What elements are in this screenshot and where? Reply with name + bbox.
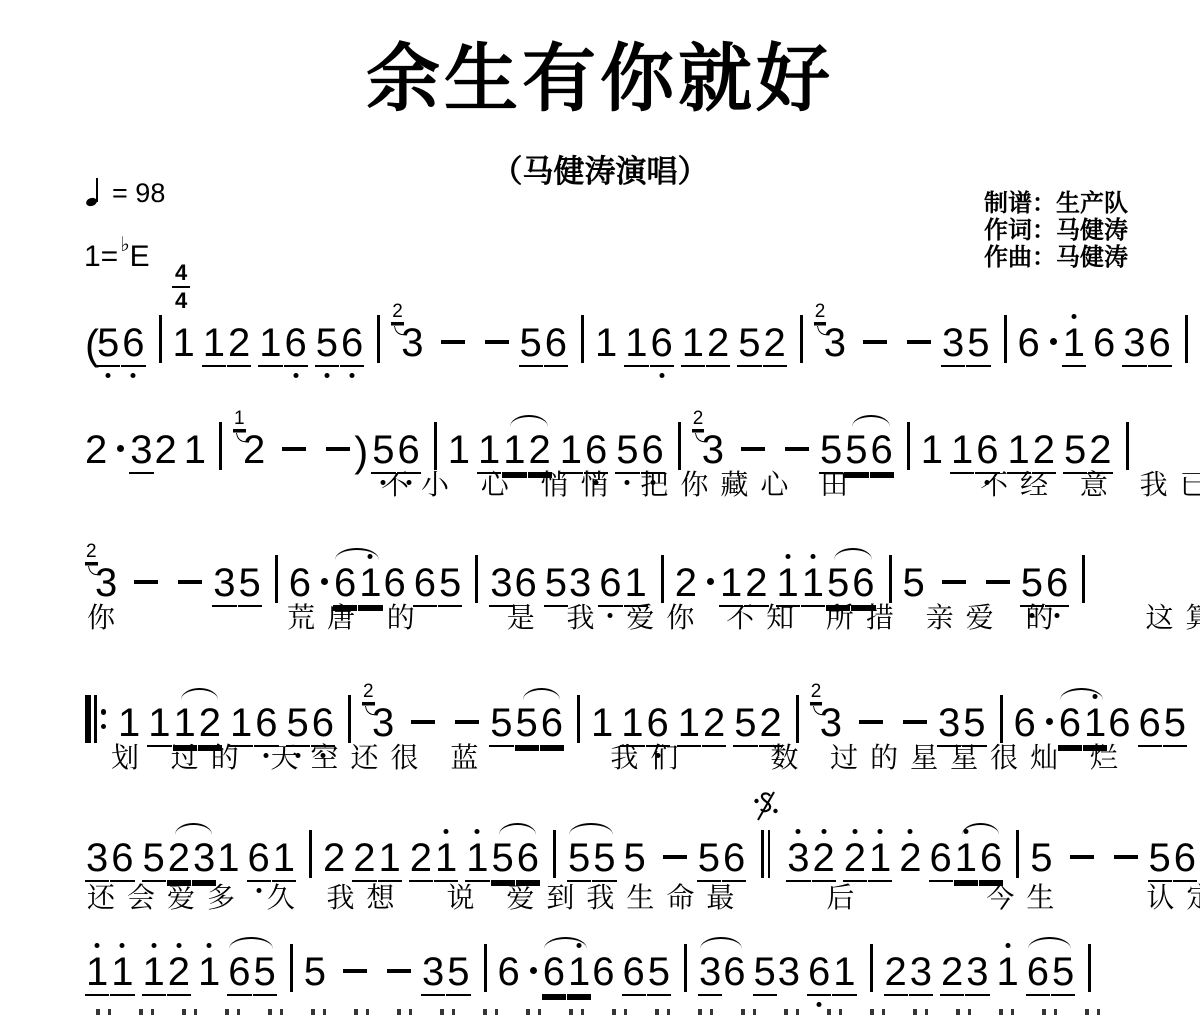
note-digit: 5 <box>819 430 843 474</box>
note-digit: 3 <box>85 838 109 882</box>
lyrics-row: 你 荒唐 的 是 我 爱你 不知 所措 亲爱 的 这算不算爱 情 我们 <box>85 604 1170 632</box>
note-digit: 1 <box>950 430 974 474</box>
note-digit: 3 <box>489 563 513 607</box>
credit-line-composer: 作曲：马健涛 <box>984 244 1128 271</box>
note-digit: 3 <box>937 703 961 747</box>
duration-dash <box>907 340 931 344</box>
double-bar-line <box>768 830 771 878</box>
grace-note-digit: 1 <box>233 409 246 430</box>
barline <box>219 422 222 470</box>
note-digit: 5 <box>592 838 616 882</box>
slur-arc-group: 61 <box>1058 703 1108 747</box>
note-digit: 5 <box>438 563 462 607</box>
slur-arc-group: 36 <box>698 952 746 996</box>
duration-dash <box>326 447 350 451</box>
augmentation-dot <box>530 967 537 974</box>
note-digit: 1 <box>173 323 195 363</box>
duration-dash <box>863 340 887 344</box>
barline <box>1185 315 1188 363</box>
segno-icon <box>753 790 779 827</box>
note-digit: 1 <box>147 703 171 747</box>
note-digit: 1 <box>118 703 140 743</box>
augmentation-dot <box>1050 338 1057 345</box>
barline <box>159 315 162 363</box>
note-digit: 3 <box>698 952 722 996</box>
note-digit: 2 <box>812 838 836 882</box>
note-digit: 3 <box>778 952 800 992</box>
note-digit: 2 <box>243 430 265 470</box>
note-digit: 2 <box>167 838 191 882</box>
note-digit: 6 <box>1014 703 1036 743</box>
note-digit: 1 <box>681 323 705 367</box>
augmentation-dot <box>117 445 124 452</box>
note-digit: 5 <box>1051 952 1075 996</box>
note-digit: 5 <box>1030 838 1052 878</box>
note-digit: 6 <box>254 703 278 747</box>
note-digit: 1 <box>832 952 856 996</box>
note-digit: 6 <box>384 563 406 603</box>
note-digit: 2 <box>763 323 787 367</box>
note-digit: 1 <box>184 430 206 470</box>
duration-dash <box>387 969 411 973</box>
note-digit: 2 <box>1032 430 1056 474</box>
note-digit: 6 <box>413 563 437 607</box>
double-barline <box>761 830 774 878</box>
note-digit: 5 <box>737 323 761 367</box>
note-digit: 6 <box>397 430 421 474</box>
note-digit: 2 <box>884 952 908 996</box>
note-digit: 1 <box>595 323 617 363</box>
music-line-3: 23356616653653612121156556 你 荒唐 的 是 我 爱你… <box>85 526 1170 632</box>
note-digit: 2 <box>155 430 177 470</box>
barline <box>907 422 910 470</box>
note-digit: 5 <box>844 430 868 474</box>
note-digit: 3 <box>909 952 933 996</box>
lyrics-row: 不小 心 悄悄 把你藏心 田 不经 意 我已悄悄稀罕 <box>85 471 1170 499</box>
note-digit: 6 <box>284 323 308 367</box>
barline <box>1000 695 1003 743</box>
barline <box>870 944 873 992</box>
note-digit: 5 <box>96 323 120 367</box>
repeat-begin-barline <box>85 695 106 743</box>
slur-arc-group: 56 <box>497 838 541 882</box>
note-digit: 1 <box>997 952 1019 992</box>
note-digit: 6 <box>851 563 875 607</box>
lyrics-row: 划 过的 天空还很 蓝 我们 数 过的星星很灿 烂 如果 你 问 我 爱你 <box>85 744 1170 772</box>
barline <box>475 555 478 603</box>
note-digit: 1 <box>85 952 109 996</box>
barline <box>684 944 687 992</box>
barline <box>796 695 799 743</box>
barline <box>553 830 556 878</box>
notation-row: 232112)5611121656235561161252 <box>85 393 1170 471</box>
note-digit: 3 <box>786 838 810 882</box>
note-digit: 5 <box>567 838 591 882</box>
note-digit: 1 <box>110 952 134 996</box>
duration-dash <box>1114 855 1138 859</box>
note-digit: 1 <box>142 952 166 996</box>
note-digit: 6 <box>975 430 999 474</box>
note-digit: 3 <box>702 430 724 470</box>
duration-dash <box>343 969 367 973</box>
note-digit: 1 <box>198 952 220 992</box>
note-digit: 2 <box>323 838 345 878</box>
note-digit: 5 <box>647 952 671 996</box>
music-line-5: 36523161221211565555632212616556 还会爱多 久 … <box>85 806 1170 912</box>
note-digit: 3 <box>212 563 236 607</box>
note-digit: 2 <box>409 838 433 882</box>
repeat-dot <box>101 724 107 730</box>
sheet-music-page: 余生有你就好 （马健涛演唱） = 98 1=♭E 4 4 制谱：生产队 作词：马… <box>0 0 1200 1018</box>
note-digit: 1 <box>1062 323 1086 367</box>
key-tonic: E <box>130 240 150 273</box>
quarter-note-icon <box>86 176 102 206</box>
repeat-dot <box>101 709 107 715</box>
note-digit: 3 <box>1122 323 1146 367</box>
augmentation-dot <box>1046 718 1053 725</box>
performer-subtitle: （马健涛演唱） <box>0 146 1200 191</box>
note-digit: 1 <box>868 838 892 882</box>
duration-dash <box>942 580 966 584</box>
slur-arc-group: 23 <box>173 838 217 882</box>
note-digit: 6 <box>722 838 746 882</box>
note-digit: 5 <box>826 563 850 607</box>
note-digit: 6 <box>1058 703 1082 747</box>
grace-note-digit: 2 <box>85 542 98 563</box>
note-digit: 2 <box>675 563 697 603</box>
note-digit: 6 <box>641 430 665 474</box>
note-digit: 6 <box>1108 703 1130 743</box>
grace-note-digit: 2 <box>391 302 404 323</box>
note-digit: 5 <box>624 838 646 878</box>
note-digit: 6 <box>1138 703 1162 747</box>
note-digit: 5 <box>253 952 277 996</box>
note-digit: 3 <box>372 703 394 743</box>
note-digit: 5 <box>753 952 777 996</box>
note-digit: 3 <box>129 430 153 474</box>
note-digit: 5 <box>1163 703 1187 747</box>
notation-row: 23356616653653612121156556 <box>85 526 1170 604</box>
flat-icon: ♭ <box>120 234 129 256</box>
note-digit: 5 <box>1020 563 1044 607</box>
barline <box>348 695 351 743</box>
note-digit: 2 <box>940 952 964 996</box>
barline <box>1088 944 1091 992</box>
note-digit: 2 <box>759 703 783 747</box>
note-digit: 1 <box>358 563 382 607</box>
key-prefix: 1= <box>84 240 118 273</box>
duration-dash <box>282 447 306 451</box>
note-digit: 5 <box>142 838 166 882</box>
barline <box>678 422 681 470</box>
note-digit: 5 <box>733 703 757 747</box>
duration-dash <box>986 580 1010 584</box>
slur-arc-group: 61 <box>542 952 592 996</box>
note-digit: 1 <box>559 430 583 474</box>
note-digit: 3 <box>941 323 965 367</box>
note-digit: 1 <box>677 703 701 747</box>
barline <box>1082 555 1085 603</box>
note-digit: 5 <box>903 563 925 603</box>
note-digit: 6 <box>544 323 568 367</box>
note-digit: 1 <box>173 703 197 747</box>
barline <box>275 555 278 603</box>
credits-block: 制谱：生产队 作词：马健涛 作曲：马健涛 <box>984 190 1128 271</box>
note-digit: 1 <box>624 323 648 367</box>
note-digit: 6 <box>542 952 566 996</box>
note-digit: 6 <box>870 430 894 474</box>
slur-arc-group: 61 <box>333 563 383 607</box>
barline <box>1016 830 1019 878</box>
duration-dash <box>485 340 509 344</box>
note-digit: 1 <box>954 838 978 882</box>
music-line-1: (5611216562356116125223356163653213 <box>85 286 1170 364</box>
barline <box>889 555 892 603</box>
note-digit: 6 <box>1026 952 1050 996</box>
note-digit: 1 <box>620 703 644 747</box>
augmentation-dot <box>321 578 328 585</box>
note-digit: 2 <box>702 703 726 747</box>
duration-dash <box>1070 855 1094 859</box>
note-digit: 5 <box>446 952 470 996</box>
note-digit: 6 <box>110 838 134 882</box>
repeat-thin-bar <box>94 695 97 743</box>
note-digit: 1 <box>591 703 613 743</box>
note-digit: 6 <box>340 323 364 367</box>
slur-arc-group: 12 <box>179 703 223 747</box>
note-digit: 5 <box>491 838 515 882</box>
note-digit: 6 <box>1173 838 1197 882</box>
duration-dash <box>741 447 765 451</box>
note-digit: 6 <box>540 703 564 747</box>
note-digit: 6 <box>979 838 1003 882</box>
note-digit: 1 <box>801 563 825 607</box>
note-digit: 5 <box>286 703 310 747</box>
slur-arc-group: 56 <box>832 563 876 607</box>
barline <box>577 695 580 743</box>
time-signature-numerator: 4 <box>172 260 190 288</box>
duration-dash <box>441 340 465 344</box>
note-digit: 6 <box>598 563 622 607</box>
note-digit: 5 <box>515 703 539 747</box>
note-digit: 6 <box>650 323 674 367</box>
note-digit: 1 <box>567 952 591 996</box>
music-line-6: 11121655356616653653612323165 <box>85 920 1170 998</box>
note-digit: 6 <box>1148 323 1172 367</box>
double-bar-line <box>761 830 764 878</box>
duration-dash <box>663 855 687 859</box>
note-digit: 1 <box>434 838 458 882</box>
note-digit: 2 <box>899 838 921 878</box>
slur-arc-group: 55 <box>567 838 617 882</box>
note-digit: 3 <box>192 838 216 882</box>
note-digit: 6 <box>515 563 537 603</box>
note-digit: 1 <box>776 563 800 607</box>
grace-note-digit: 2 <box>362 682 375 703</box>
note-digit: 5 <box>615 430 639 474</box>
note-digit: 1 <box>217 838 239 878</box>
note-digit: 5 <box>966 323 990 367</box>
note-digit: 5 <box>238 563 262 607</box>
note-digit: 3 <box>421 952 445 996</box>
note-digit: 6 <box>1045 563 1069 607</box>
note-digit: 1 <box>272 838 296 882</box>
note-digit: 5 <box>519 323 543 367</box>
note-digit: 1 <box>202 323 226 367</box>
note-digit: 1 <box>378 838 402 882</box>
note-digit: 6 <box>1093 323 1115 363</box>
note-digit: 1 <box>921 430 943 470</box>
music-line-2: 232112)5611121656235561161252 不小 心 悄悄 把你… <box>85 393 1170 499</box>
song-title: 余生有你就好 <box>0 38 1200 119</box>
slur-arc-group: 12 <box>508 430 552 474</box>
note-digit: 3 <box>965 952 989 996</box>
note-digit: 5 <box>697 838 721 882</box>
barline <box>434 422 437 470</box>
tempo-equals: = <box>112 178 128 208</box>
note-digit: 2 <box>843 838 867 882</box>
note-digit: 5 <box>371 430 395 474</box>
note-digit: 1 <box>229 703 253 747</box>
note-digit: 6 <box>333 563 357 607</box>
slur-arc-group: 65 <box>227 952 277 996</box>
note-digit: 1 <box>624 563 648 607</box>
note-digit: 6 <box>929 838 953 882</box>
duration-dash <box>178 580 202 584</box>
note-digit: 5 <box>315 323 339 367</box>
note-digit: 3 <box>401 323 423 363</box>
note-digit: 2 <box>744 563 768 607</box>
notation-row: (5611216562356116125223356163653213 <box>85 286 1170 364</box>
note-digit: 6 <box>498 952 520 992</box>
grace-note-digit: 2 <box>810 682 823 703</box>
clipped-next-lyrics-row <box>96 1009 1116 1015</box>
note-digit: 3 <box>95 563 117 603</box>
slur-arc-group: 56 <box>521 703 565 747</box>
duration-dash <box>455 720 479 724</box>
note-digit: 6 <box>121 323 145 367</box>
barline <box>800 315 803 363</box>
note-digit: 2 <box>167 952 191 996</box>
grace-note-digit: 2 <box>814 302 827 323</box>
note-digit: 5 <box>489 703 513 747</box>
credit-line-arranger: 制谱：生产队 <box>984 190 1128 217</box>
note-digit: 2 <box>528 430 552 474</box>
note-digit: 6 <box>646 703 670 747</box>
credit-line-lyricist: 作词：马健涛 <box>984 217 1128 244</box>
notation-row: 36523161221211565555632212616556 <box>85 806 1170 884</box>
note-digit: 5 <box>544 563 568 607</box>
note-digit: 2 <box>227 323 251 367</box>
duration-dash <box>785 447 809 451</box>
note-digit: 6 <box>622 952 646 996</box>
barline <box>661 555 664 603</box>
note-digit: 3 <box>820 703 842 743</box>
tempo-bpm: 98 <box>135 178 165 208</box>
duration-dash <box>411 720 435 724</box>
slur-arc-group: 16 <box>960 838 1004 882</box>
note-digit: 1 <box>719 563 743 607</box>
notation-row: 111216562355611612522335661665 <box>85 666 1170 744</box>
note-digit: 2 <box>85 430 107 470</box>
duration-dash <box>859 720 883 724</box>
note-digit: 6 <box>584 430 608 474</box>
music-line-4: 111216562355611612522335661665 划 过的 天空还很… <box>85 666 1170 772</box>
note-digit: 2 <box>198 703 222 747</box>
duration-dash <box>134 580 158 584</box>
note-digit: 6 <box>289 563 311 603</box>
note-digit: 6 <box>592 952 614 992</box>
note-digit: 5 <box>304 952 326 992</box>
note-digit: 6 <box>247 838 271 882</box>
note-digit: 5 <box>1063 430 1087 474</box>
note-digit: 1 <box>1007 430 1031 474</box>
note-digit: 2 <box>1088 430 1112 474</box>
slur-arc-group: 65 <box>1026 952 1076 996</box>
note-digit: 6 <box>1018 323 1040 363</box>
note-digit: 6 <box>723 952 745 992</box>
duration-dash <box>903 720 927 724</box>
barline <box>290 944 293 992</box>
barline <box>1004 315 1007 363</box>
note-digit: 2 <box>352 838 376 882</box>
slur-arc-group: 56 <box>850 430 894 474</box>
note-digit: 3 <box>824 323 846 363</box>
augmentation-dot <box>707 578 714 585</box>
note-digit: 3 <box>569 563 591 603</box>
grace-note-digit: 2 <box>692 409 705 430</box>
barline <box>484 944 487 992</box>
note-digit: 5 <box>962 703 986 747</box>
notation-row: 11121655356616653653612323165 <box>85 920 1170 998</box>
note-digit: 6 <box>227 952 251 996</box>
note-digit: 1 <box>477 430 501 474</box>
note-digit: 1 <box>465 838 489 882</box>
note-digit: 6 <box>311 703 335 747</box>
tempo-marking: = 98 <box>86 176 165 209</box>
note-digit: 6 <box>807 952 831 996</box>
note-digit: 1 <box>258 323 282 367</box>
repeat-thick-bar <box>85 695 91 743</box>
note-digit: 1 <box>448 430 470 470</box>
barline <box>1126 422 1129 470</box>
barline <box>377 315 380 363</box>
note-digit: 2 <box>706 323 730 367</box>
note-digit: 1 <box>1083 703 1107 747</box>
lyrics-row: 还会爱多 久 我想 说 爱到我生命最 后 今生 认定你是我 的 药 就算 <box>85 884 1170 912</box>
note-digit: 5 <box>1148 838 1172 882</box>
barline <box>581 315 584 363</box>
repeat-dots <box>101 709 107 729</box>
note-digit: 1 <box>502 430 526 474</box>
note-digit: 6 <box>516 838 540 882</box>
parenthesis: ) <box>354 431 368 473</box>
barline <box>309 830 312 878</box>
